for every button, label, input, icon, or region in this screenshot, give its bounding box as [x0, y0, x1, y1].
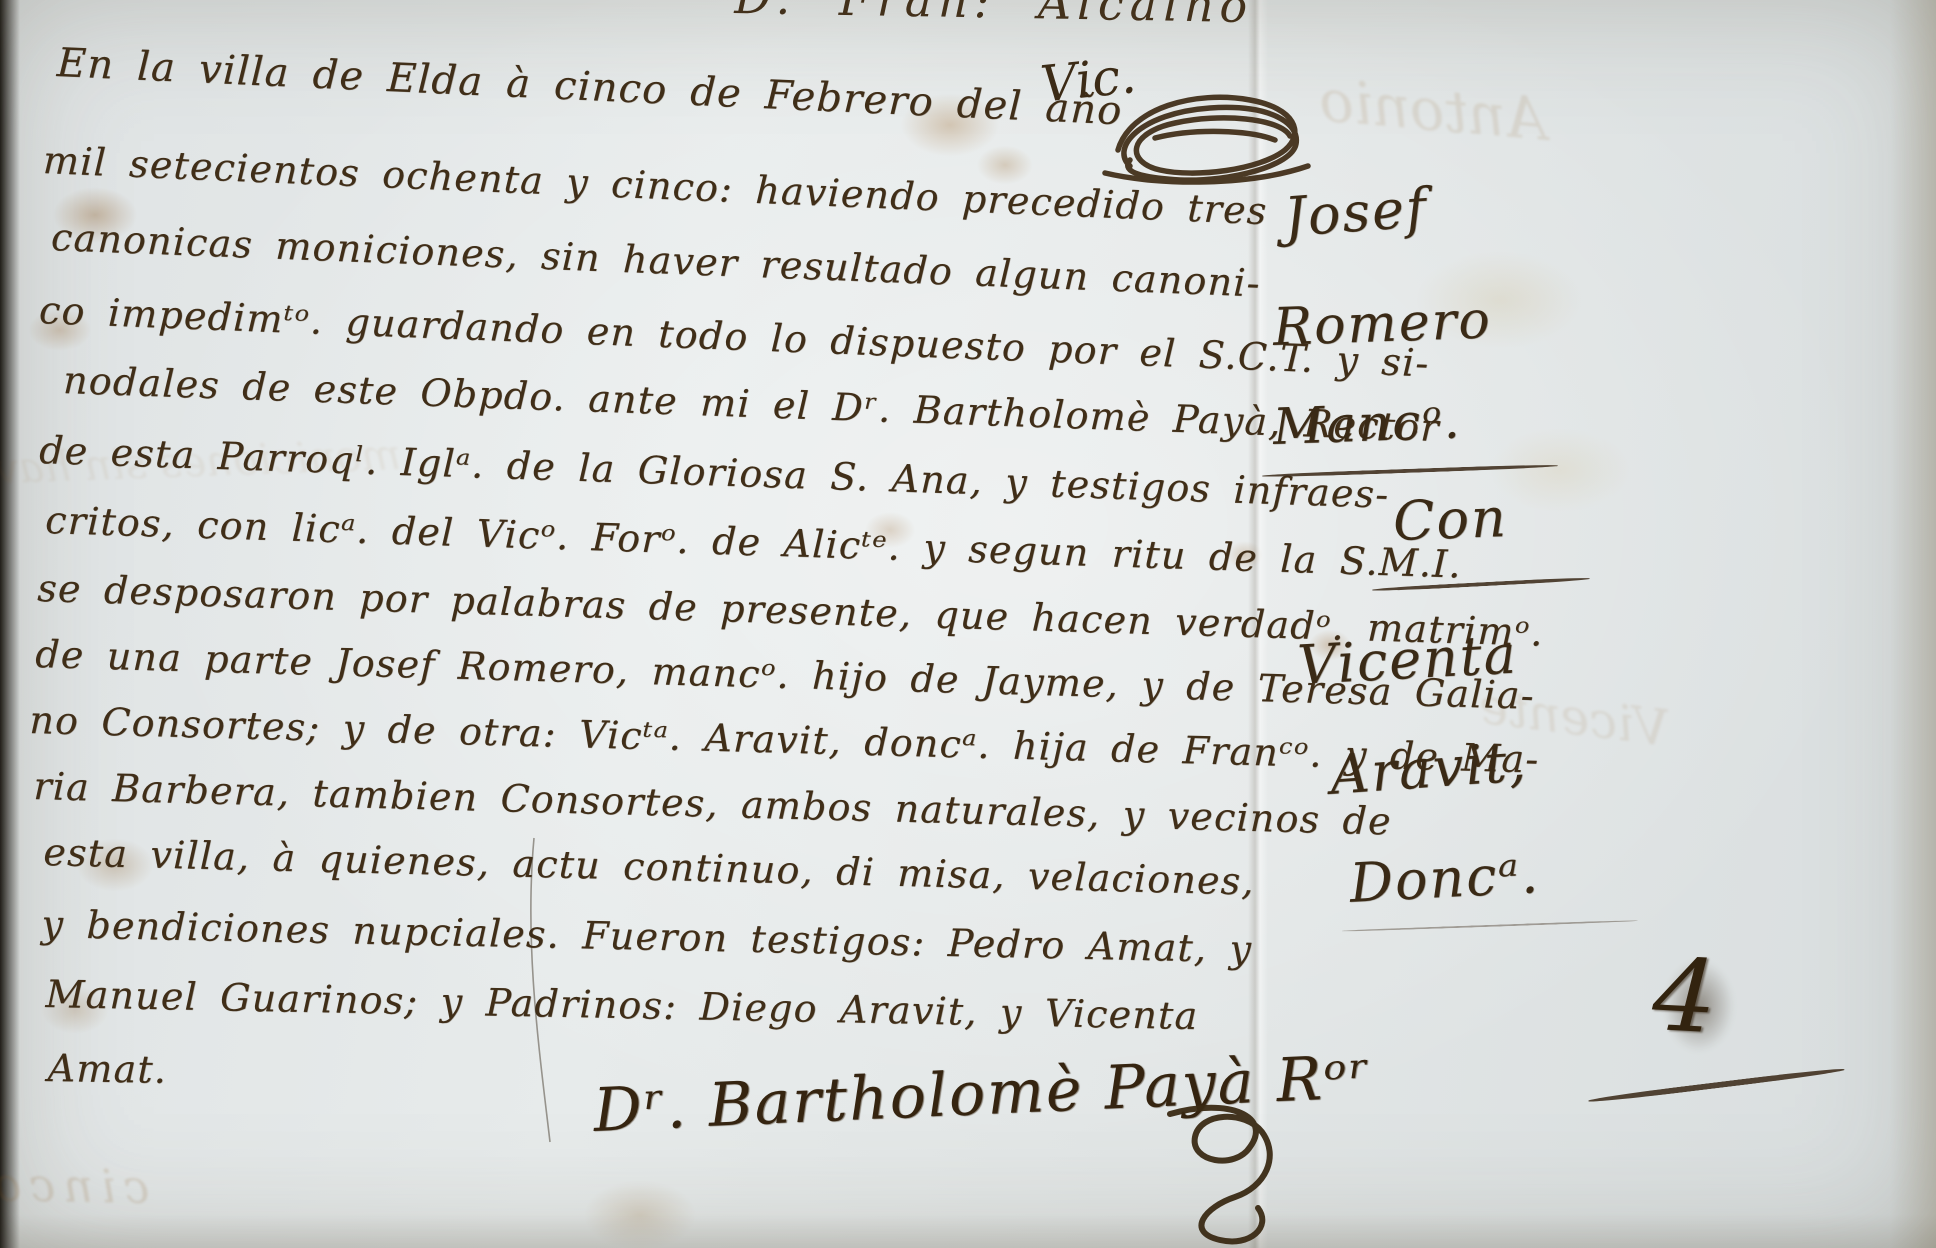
bleedthrough-text: cinco de Febrero del año mil [0, 1144, 150, 1214]
margin-note-groom-surname: Romero [1272, 290, 1493, 358]
ink-scribble [1100, 78, 1315, 193]
manuscript-text-line: esta villa, à quienes, actu continuo, di… [43, 830, 1255, 904]
margin-underline [1588, 1067, 1845, 1104]
margin-note-bride-status: Doncᵃ. [1348, 842, 1541, 915]
manuscript-text-line: mil setecientos ochenta y cinco: haviend… [42, 138, 1268, 233]
manuscript-page: D. Fran: Alcaino Antonio Vicente monicio… [0, 0, 1936, 1248]
margin-note-connector: Con [1392, 486, 1509, 553]
manuscript-text-line: ria Barbera, tambien Consortes, ambos na… [33, 764, 1392, 844]
margin-note-bride-surname: Aravit, [1328, 730, 1530, 807]
manuscript-text-line: canonicas moniciones, sin haver resultad… [50, 215, 1261, 305]
manuscript-text-line: Manuel Guarinos; y Padrinos: Diego Aravi… [45, 972, 1199, 1038]
signature-rubric [1150, 1092, 1290, 1248]
margin-underline [1342, 920, 1638, 932]
manuscript-text-line: Amat. [47, 1046, 167, 1092]
margin-note-groom-status: Mancᵒ. [1272, 391, 1462, 456]
manuscript-text-line: y bendiciones nupciales. Fueron testigos… [41, 902, 1253, 971]
manuscript-text-line: En la villa de Elda à cinco de Febrero d… [56, 40, 1124, 134]
margin-note-bride-first-name: Vicenta [1296, 622, 1519, 696]
bleedthrough-text: Antonio [1317, 66, 1550, 154]
margin-entry-number: 4 [1650, 936, 1720, 1056]
page-header-partial: D. Fran: Alcaino [734, 0, 1254, 33]
paper-crease-line [520, 836, 560, 1146]
margin-note-groom-first-name: Josef [1282, 176, 1430, 249]
